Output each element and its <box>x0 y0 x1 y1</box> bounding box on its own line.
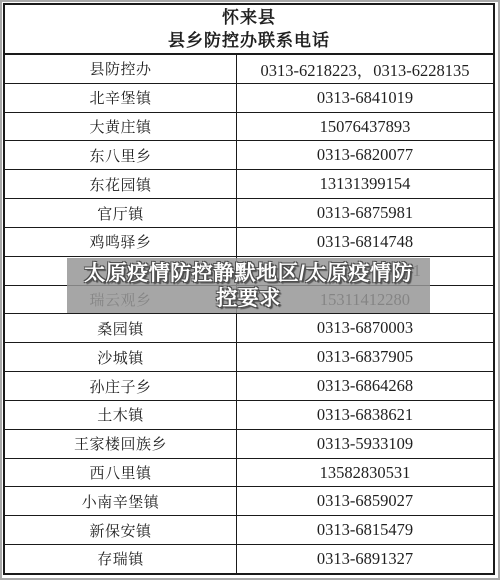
table-row: 东八里乡0313-6820077 <box>5 141 493 170</box>
phone-number: 0313-6838621 <box>237 401 493 429</box>
table-title: 怀来县 县乡防控办联系电话 <box>5 5 493 55</box>
table-row: 存瑞镇0313-6891327 <box>5 545 493 573</box>
table-row: 东花园镇13131399154 <box>5 170 493 199</box>
watermark-line1: 太原疫情防控静默地区/太原疫情防 <box>84 261 413 286</box>
district-name: 东八里乡 <box>5 141 237 169</box>
table-row: 沙城镇0313-6837905 <box>5 343 493 372</box>
district-name: 西八里镇 <box>5 459 237 487</box>
table-row: 王家楼回族乡0313-5933109 <box>5 430 493 459</box>
district-name: 小南辛堡镇 <box>5 487 237 515</box>
table-row: 官厅镇0313-6875981 <box>5 199 493 228</box>
table-row: 西八里镇13582830531 <box>5 459 493 488</box>
district-name: 县防控办 <box>5 55 237 83</box>
phone-number: 15076437893 <box>237 113 493 141</box>
district-name: 鸡鸣驿乡 <box>5 228 237 256</box>
phone-number: 0313-6837905 <box>237 343 493 371</box>
phone-number: 13131399154 <box>237 170 493 198</box>
phone-number: 0313-6815479 <box>237 516 493 544</box>
phone-number: 0313-6814748 <box>237 228 493 256</box>
phone-number: 0313-6841019 <box>237 84 493 112</box>
table-row: 北辛堡镇0313-6841019 <box>5 84 493 113</box>
phone-number: 0313-6891327 <box>237 545 493 573</box>
phone-number: 0313-6864268 <box>237 372 493 400</box>
district-name: 沙城镇 <box>5 343 237 371</box>
watermark-line2: 控要求 <box>216 286 281 311</box>
phone-number: 0313-6875981 <box>237 199 493 227</box>
table-title-subtitle: 县乡防控办联系电话 <box>168 29 330 52</box>
phone-number: 0313-6820077 <box>237 141 493 169</box>
table-row: 小南辛堡镇0313-6859027 <box>5 487 493 516</box>
district-name: 新保安镇 <box>5 516 237 544</box>
table-row: 新保安镇0313-6815479 <box>5 516 493 545</box>
table-row: 大黄庄镇15076437893 <box>5 113 493 142</box>
table-row: 土木镇0313-6838621 <box>5 401 493 430</box>
watermark-overlay: 太原疫情防控静默地区/太原疫情防 控要求 <box>67 258 430 313</box>
district-name: 存瑞镇 <box>5 545 237 573</box>
phone-number: 0313-5933109 <box>237 430 493 458</box>
phone-number: 0313-6870003 <box>237 314 493 342</box>
phone-number: 0313-6218223，0313-6228135 <box>237 55 493 83</box>
district-name: 东花园镇 <box>5 170 237 198</box>
page: 怀来县 县乡防控办联系电话 县防控办0313-6218223，0313-6228… <box>0 0 500 580</box>
table-row: 县防控办0313-6218223，0313-6228135 <box>5 55 493 84</box>
table-row: 桑园镇0313-6870003 <box>5 314 493 343</box>
district-name: 孙庄子乡 <box>5 372 237 400</box>
table-body: 县防控办0313-6218223，0313-6228135北辛堡镇0313-68… <box>5 55 493 573</box>
district-name: 桑园镇 <box>5 314 237 342</box>
district-name: 王家楼回族乡 <box>5 430 237 458</box>
table-title-county: 怀来县 <box>222 6 276 29</box>
phone-number: 13582830531 <box>237 459 493 487</box>
district-name: 大黄庄镇 <box>5 113 237 141</box>
table-row: 鸡鸣驿乡0313-6814748 <box>5 228 493 257</box>
district-name: 土木镇 <box>5 401 237 429</box>
district-name: 北辛堡镇 <box>5 84 237 112</box>
district-name: 官厅镇 <box>5 199 237 227</box>
phone-number: 0313-6859027 <box>237 487 493 515</box>
table-row: 孙庄子乡0313-6864268 <box>5 372 493 401</box>
